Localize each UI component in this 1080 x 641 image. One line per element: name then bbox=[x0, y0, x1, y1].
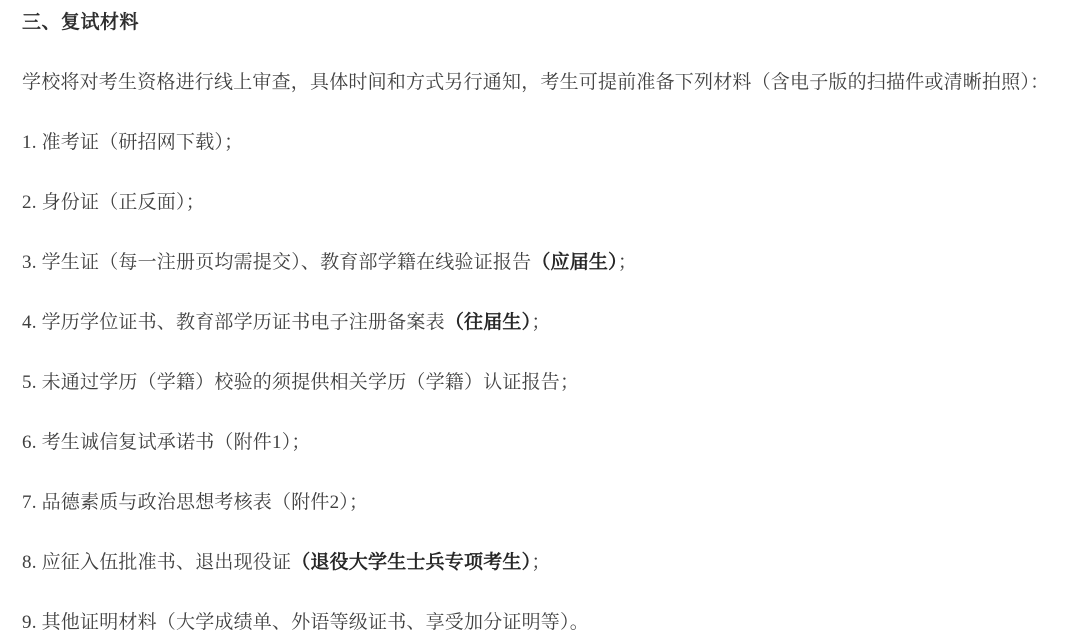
material-item-text: 5. 未通过学历（学籍）校验的须提供相关学历（学籍）认证报告； bbox=[22, 372, 579, 393]
material-item-9: 9. 其他证明材料（大学成绩单、外语等级证书、享受加分证明等）。 bbox=[22, 612, 1060, 634]
material-item-suffix: ； bbox=[618, 252, 637, 273]
material-item-text: 2. 身份证（正反面）； bbox=[22, 192, 205, 213]
material-item-1: 1. 准考证（研招网下载）； bbox=[22, 132, 1060, 154]
material-item-text: 4. 学历学位证书、教育部学历证书电子注册备案表 bbox=[22, 312, 445, 333]
material-item-bold: （往届生） bbox=[445, 312, 532, 333]
material-item-4: 4. 学历学位证书、教育部学历证书电子注册备案表（往届生）； bbox=[22, 312, 1060, 334]
material-item-suffix: ； bbox=[531, 312, 550, 333]
material-item-bold: （退役大学生士兵专项考生） bbox=[291, 552, 531, 573]
material-item-suffix: ； bbox=[531, 552, 550, 573]
material-item-text: 8. 应征入伍批准书、退出现役证 bbox=[22, 552, 291, 573]
document-page: 三、复试材料 学校将对考生资格进行线上审查，具体时间和方式另行通知，考生可提前准… bbox=[0, 0, 1080, 641]
material-item-text: 9. 其他证明材料（大学成绩单、外语等级证书、享受加分证明等）。 bbox=[22, 612, 589, 633]
material-item-text: 3. 学生证（每一注册页均需提交）、教育部学籍在线验证报告 bbox=[22, 252, 531, 273]
material-item-8: 8. 应征入伍批准书、退出现役证（退役大学生士兵专项考生）； bbox=[22, 552, 1060, 574]
material-item-5: 5. 未通过学历（学籍）校验的须提供相关学历（学籍）认证报告； bbox=[22, 372, 1060, 394]
section-heading: 三、复试材料 bbox=[22, 12, 1060, 34]
material-item-3: 3. 学生证（每一注册页均需提交）、教育部学籍在线验证报告（应届生）； bbox=[22, 252, 1060, 274]
intro-paragraph: 学校将对考生资格进行线上审查，具体时间和方式另行通知，考生可提前准备下列材料（含… bbox=[22, 72, 1060, 94]
material-item-7: 7. 品德素质与政治思想考核表（附件2）； bbox=[22, 492, 1060, 514]
material-item-text: 6. 考生诚信复试承诺书（附件1）； bbox=[22, 432, 311, 453]
material-item-6: 6. 考生诚信复试承诺书（附件1）； bbox=[22, 432, 1060, 454]
material-item-text: 1. 准考证（研招网下载）； bbox=[22, 132, 243, 153]
material-item-bold: （应届生） bbox=[531, 252, 618, 273]
material-item-2: 2. 身份证（正反面）； bbox=[22, 192, 1060, 214]
material-item-text: 7. 品德素质与政治思想考核表（附件2）； bbox=[22, 492, 368, 513]
